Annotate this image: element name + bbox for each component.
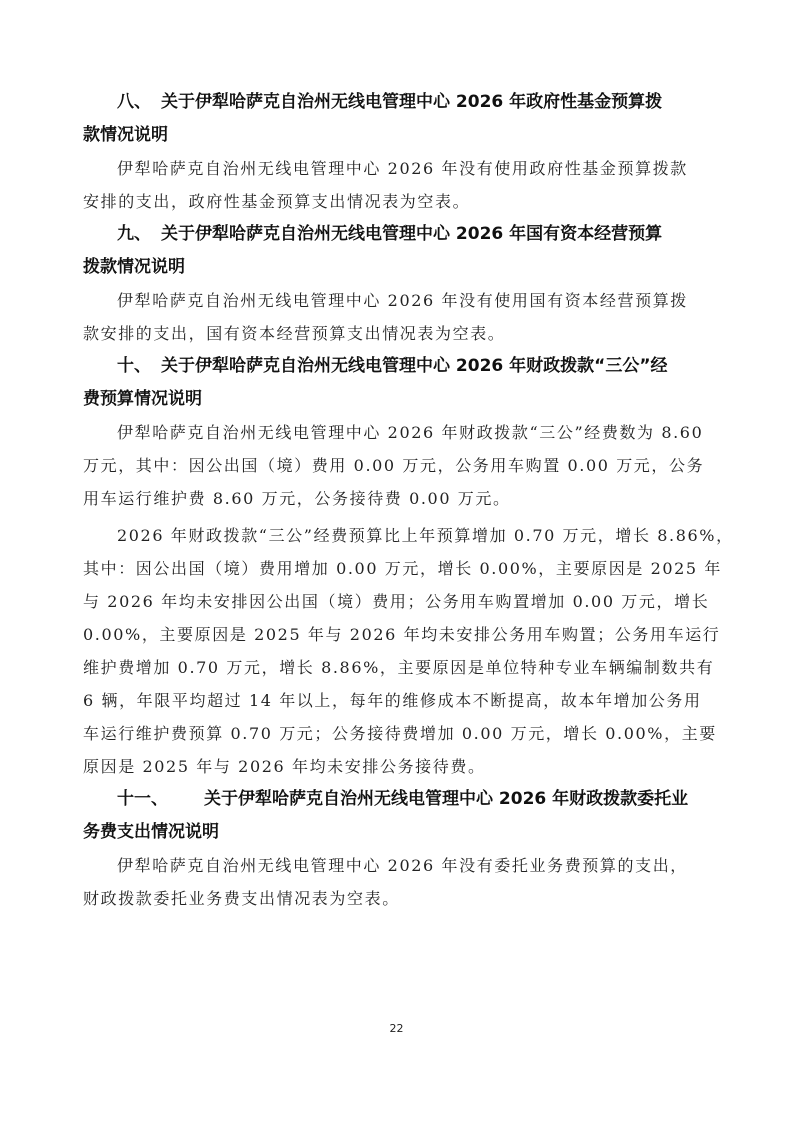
section-heading-11: 十一、关于伊犁哈萨克自治州无线电管理中心 2026 年财政拨款委托业 务费支出情… <box>83 783 707 849</box>
section-number: 九、 <box>117 218 151 251</box>
heading-line: 费预算情况说明 <box>83 383 707 416</box>
document-page: 八、关于伊犁哈萨克自治州无线电管理中心 2026 年政府性基金预算拨 款情况说明… <box>83 86 707 915</box>
heading-line: 八、关于伊犁哈萨克自治州无线电管理中心 2026 年政府性基金预算拨 <box>83 86 707 119</box>
section-9-paragraph: 伊犁哈萨克自治州无线电管理中心 2026 年没有使用国有资本经营预算拨 款安排的… <box>83 284 707 350</box>
heading-line: 九、关于伊犁哈萨克自治州无线电管理中心 2026 年国有资本经营预算 <box>83 218 707 251</box>
section-10-paragraph-2: 2026 年财政拨款“三公”经费预算比上年预算增加 0.70 万元，增长 8.8… <box>83 519 707 783</box>
page-number: 22 <box>0 1022 793 1035</box>
heading-line: 款情况说明 <box>83 119 707 152</box>
heading-line: 十一、关于伊犁哈萨克自治州无线电管理中心 2026 年财政拨款委托业 <box>83 783 707 816</box>
section-11-paragraph: 伊犁哈萨克自治州无线电管理中心 2026 年没有委托业务费预算的支出， 财政拨款… <box>83 849 707 915</box>
section-8-paragraph: 伊犁哈萨克自治州无线电管理中心 2026 年没有使用政府性基金预算拨款 安排的支… <box>83 152 707 218</box>
section-heading-10: 十、关于伊犁哈萨克自治州无线电管理中心 2026 年财政拨款“三公”经 费预算情… <box>83 350 707 416</box>
heading-line: 拨款情况说明 <box>83 251 707 284</box>
section-heading-9: 九、关于伊犁哈萨克自治州无线电管理中心 2026 年国有资本经营预算 拨款情况说… <box>83 218 707 284</box>
section-number: 八、 <box>117 86 151 119</box>
section-number: 十一、 <box>117 783 168 816</box>
heading-line: 十、关于伊犁哈萨克自治州无线电管理中心 2026 年财政拨款“三公”经 <box>83 350 707 383</box>
section-number: 十、 <box>117 350 151 383</box>
section-10-paragraph-1: 伊犁哈萨克自治州无线电管理中心 2026 年财政拨款“三公”经费数为 8.60 … <box>83 416 707 515</box>
section-heading-8: 八、关于伊犁哈萨克自治州无线电管理中心 2026 年政府性基金预算拨 款情况说明 <box>83 86 707 152</box>
heading-line: 务费支出情况说明 <box>83 816 707 849</box>
